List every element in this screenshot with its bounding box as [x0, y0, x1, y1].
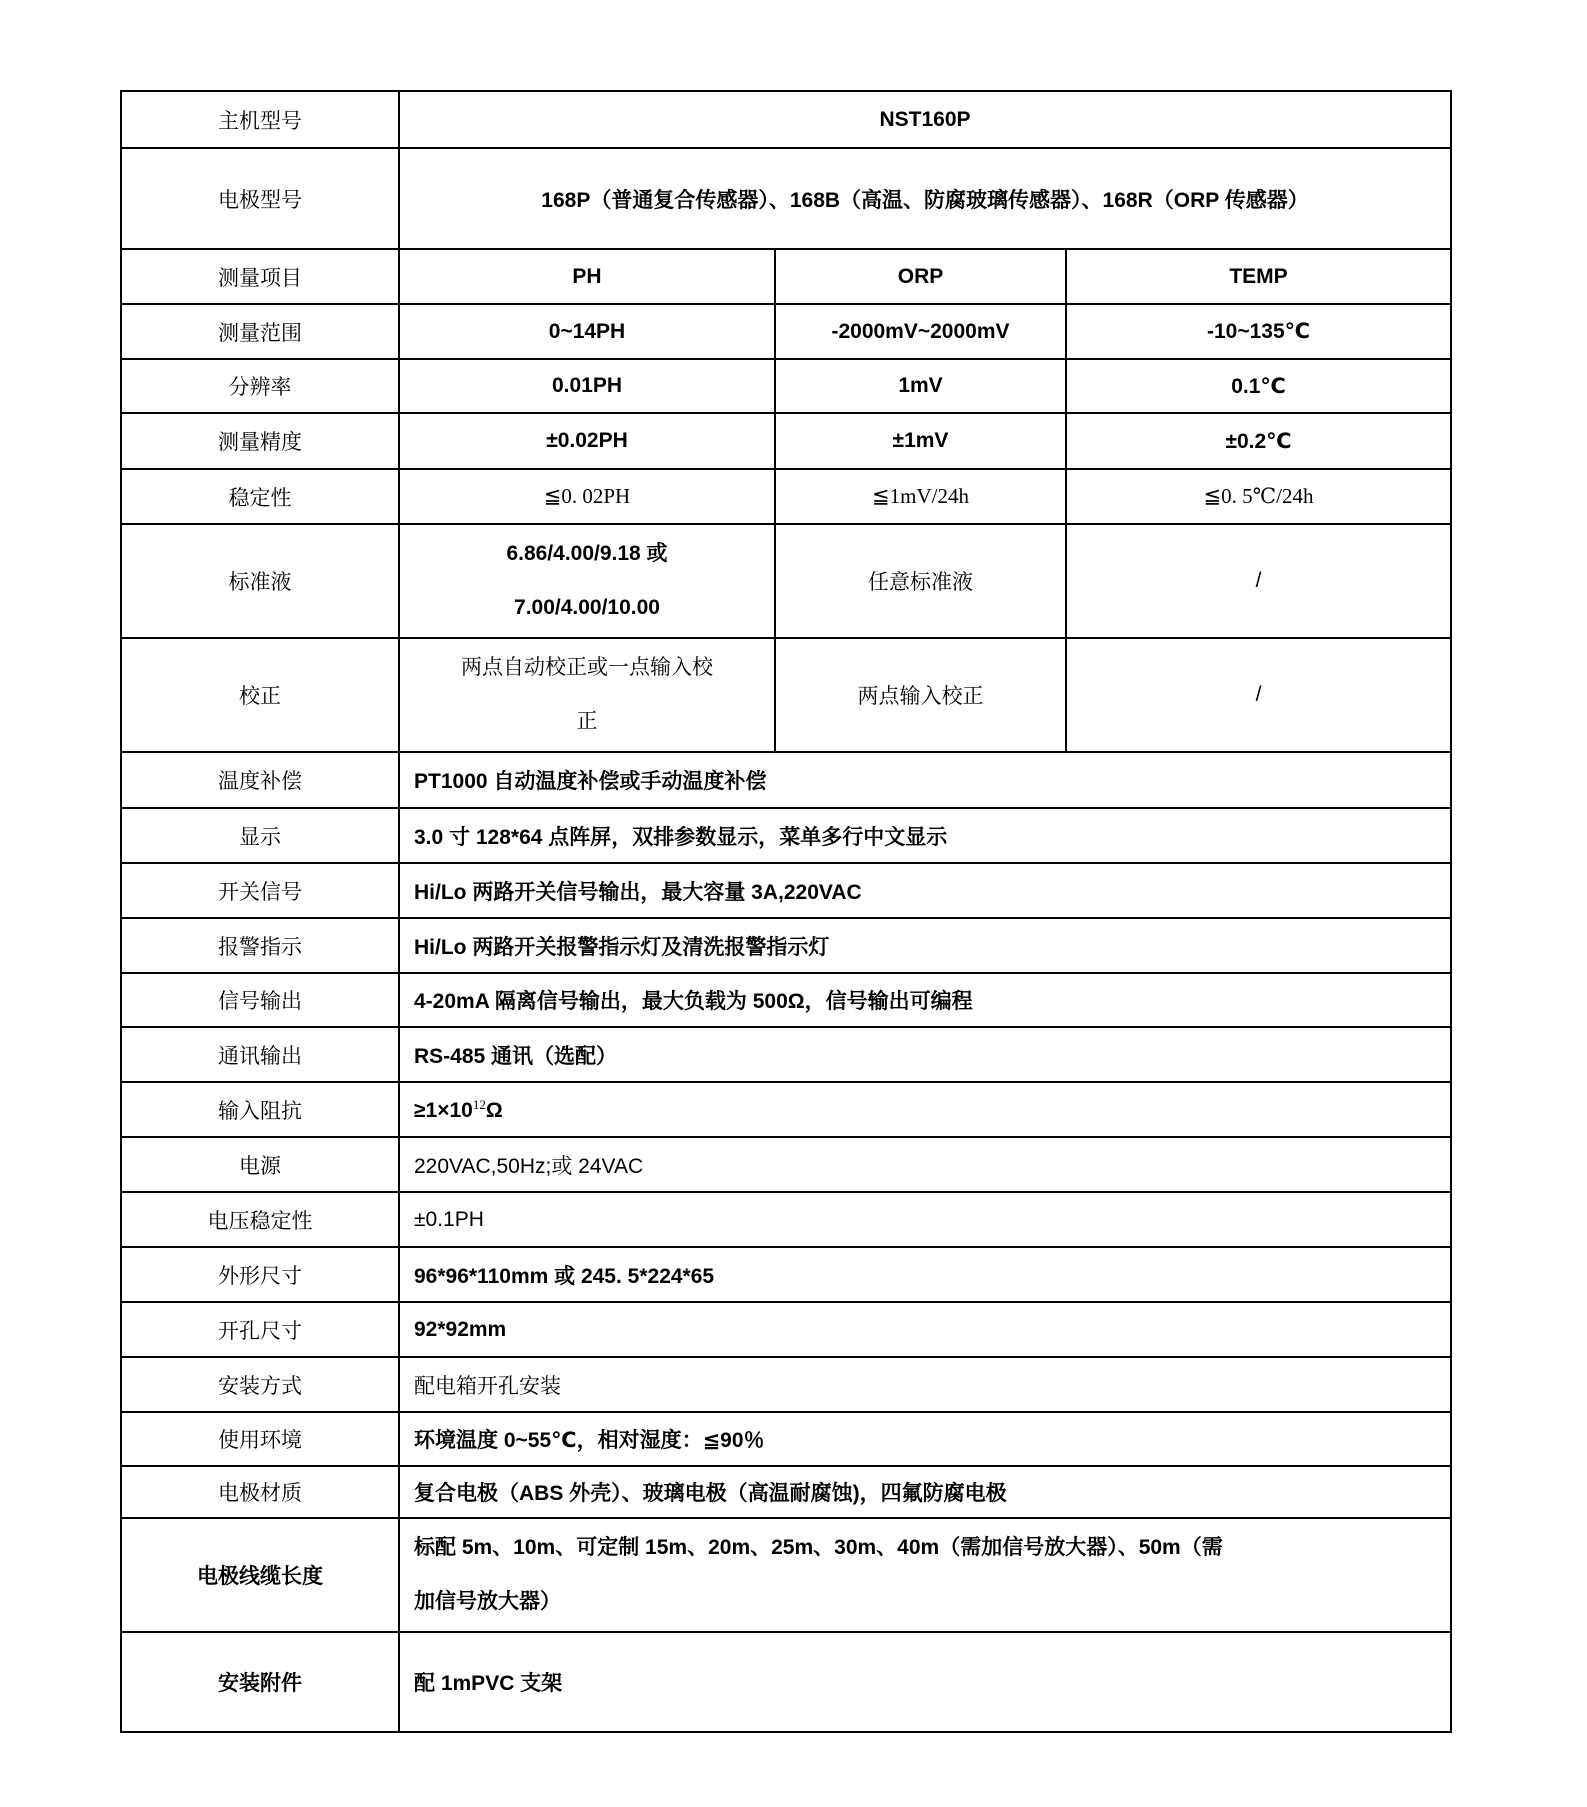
row-dimensions-value: 96*96*110mm 或 245. 5*224*65: [399, 1247, 1451, 1302]
row-electrode-model: 电极型号 168P（普通复合传感器）、168B（高温、防腐玻璃传感器）、168R…: [121, 148, 1451, 249]
calibration-ph: 两点自动校正或一点输入校 正: [399, 638, 775, 752]
measure-item-orp: ORP: [775, 249, 1066, 304]
row-measure-range-label: 测量范围: [121, 304, 399, 359]
measure-item-temp: TEMP: [1066, 249, 1451, 304]
standard-solution-ph: 6.86/4.00/9.18 或 7.00/4.00/10.00: [399, 524, 775, 638]
row-switch-signal-label: 开关信号: [121, 863, 399, 918]
input-impedance-unit: Ω: [486, 1099, 503, 1122]
row-calibration: 校正 两点自动校正或一点输入校 正 两点输入校正 /: [121, 638, 1451, 752]
row-electrode-cable-length: 电极线缆长度 标配 5m、10m、可定制 15m、20m、25m、30m、40m…: [121, 1518, 1451, 1632]
row-communication-output: 通讯输出 RS-485 通讯（选配）: [121, 1027, 1451, 1082]
row-temp-compensation: 温度补偿 PT1000 自动温度补偿或手动温度补偿: [121, 752, 1451, 808]
row-temp-compensation-label: 温度补偿: [121, 752, 399, 808]
row-operating-environment-value: 环境温度 0~55℃，相对湿度：≦90％: [399, 1412, 1451, 1466]
row-display: 显示 3.0 寸 128*64 点阵屏，双排参数显示，菜单多行中文显示: [121, 808, 1451, 863]
measure-range-temp: -10~135℃: [1066, 304, 1451, 359]
row-dimensions: 外形尺寸 96*96*110mm 或 245. 5*224*65: [121, 1247, 1451, 1302]
row-voltage-stability-value: ±0.1PH: [399, 1192, 1451, 1247]
row-switch-signal: 开关信号 Hi/Lo 两路开关信号输出，最大容量 3A,220VAC: [121, 863, 1451, 918]
row-electrode-material: 电极材质 复合电极（ABS 外壳）、玻璃电极（高温耐腐蚀)，四氟防腐电极: [121, 1466, 1451, 1518]
resolution-ph: 0.01PH: [399, 359, 775, 413]
row-alarm-indication-value: Hi/Lo 两路开关报警指示灯及清洗报警指示灯: [399, 918, 1451, 973]
row-display-label: 显示: [121, 808, 399, 863]
row-alarm-indication-label: 报警指示: [121, 918, 399, 973]
accuracy-orp: ±1mV: [775, 413, 1066, 469]
row-temp-compensation-value: PT1000 自动温度补偿或手动温度补偿: [399, 752, 1451, 808]
row-measure-range: 测量范围 0~14PH -2000mV~2000mV -10~135℃: [121, 304, 1451, 359]
row-electrode-material-value: 复合电极（ABS 外壳）、玻璃电极（高温耐腐蚀)，四氟防腐电极: [399, 1466, 1451, 1518]
accuracy-ph: ±0.02PH: [399, 413, 775, 469]
input-impedance-base: ≥1×10: [414, 1099, 473, 1122]
row-electrode-material-label: 电极材质: [121, 1466, 399, 1518]
row-accuracy: 测量精度 ±0.02PH ±1mV ±0.2℃: [121, 413, 1451, 469]
row-accuracy-label: 测量精度: [121, 413, 399, 469]
row-host-model-value: NST160P: [399, 91, 1451, 148]
standard-solution-temp: /: [1066, 524, 1451, 638]
calibration-temp: /: [1066, 638, 1451, 752]
resolution-orp: 1mV: [775, 359, 1066, 413]
row-power-supply: 电源 220VAC,50Hz;或 24VAC: [121, 1137, 1451, 1192]
standard-solution-orp: 任意标准液: [775, 524, 1066, 638]
row-voltage-stability-label: 电压稳定性: [121, 1192, 399, 1247]
accuracy-temp: ±0.2℃: [1066, 413, 1451, 469]
row-operating-environment-label: 使用环境: [121, 1412, 399, 1466]
row-dimensions-label: 外形尺寸: [121, 1247, 399, 1302]
row-alarm-indication: 报警指示 Hi/Lo 两路开关报警指示灯及清洗报警指示灯: [121, 918, 1451, 973]
input-impedance-exponent: 12: [473, 1097, 486, 1112]
row-electrode-cable-length-value: 标配 5m、10m、可定制 15m、20m、25m、30m、40m（需加信号放大…: [399, 1518, 1451, 1632]
row-power-supply-value: 220VAC,50Hz;或 24VAC: [399, 1137, 1451, 1192]
row-installation-method-value: 配电箱开孔安装: [399, 1357, 1451, 1412]
row-host-model-label: 主机型号: [121, 91, 399, 148]
row-voltage-stability: 电压稳定性 ±0.1PH: [121, 1192, 1451, 1247]
row-power-supply-label: 电源: [121, 1137, 399, 1192]
row-resolution: 分辨率 0.01PH 1mV 0.1℃: [121, 359, 1451, 413]
row-electrode-model-label: 电极型号: [121, 148, 399, 249]
stability-orp: ≦1mV/24h: [775, 469, 1066, 524]
row-measure-item: 测量项目 PH ORP TEMP: [121, 249, 1451, 304]
calibration-orp: 两点输入校正: [775, 638, 1066, 752]
row-display-value: 3.0 寸 128*64 点阵屏，双排参数显示，菜单多行中文显示: [399, 808, 1451, 863]
row-host-model: 主机型号 NST160P: [121, 91, 1451, 148]
row-cutout-size-value: 92*92mm: [399, 1302, 1451, 1357]
row-input-impedance: 输入阻抗 ≥1×1012Ω: [121, 1082, 1451, 1137]
row-resolution-label: 分辨率: [121, 359, 399, 413]
row-signal-output-value: 4-20mA 隔离信号输出，最大负载为 500Ω，信号输出可编程: [399, 973, 1451, 1027]
row-cutout-size-label: 开孔尺寸: [121, 1302, 399, 1357]
resolution-temp: 0.1℃: [1066, 359, 1451, 413]
stability-temp: ≦0. 5℃/24h: [1066, 469, 1451, 524]
document-page: 主机型号 NST160P 电极型号 168P（普通复合传感器）、168B（高温、…: [0, 0, 1587, 1807]
row-cutout-size: 开孔尺寸 92*92mm: [121, 1302, 1451, 1357]
row-communication-output-value: RS-485 通讯（选配）: [399, 1027, 1451, 1082]
row-communication-output-label: 通讯输出: [121, 1027, 399, 1082]
row-input-impedance-label: 输入阻抗: [121, 1082, 399, 1137]
row-signal-output-label: 信号输出: [121, 973, 399, 1027]
row-operating-environment: 使用环境 环境温度 0~55℃，相对湿度：≦90％: [121, 1412, 1451, 1466]
measure-item-ph: PH: [399, 249, 775, 304]
row-mounting-accessories-value: 配 1mPVC 支架: [399, 1632, 1451, 1732]
row-switch-signal-value: Hi/Lo 两路开关信号输出，最大容量 3A,220VAC: [399, 863, 1451, 918]
row-electrode-cable-length-label: 电极线缆长度: [121, 1518, 399, 1632]
row-mounting-accessories-label: 安装附件: [121, 1632, 399, 1732]
row-installation-method: 安装方式 配电箱开孔安装: [121, 1357, 1451, 1412]
row-stability-label: 稳定性: [121, 469, 399, 524]
stability-ph: ≦0. 02PH: [399, 469, 775, 524]
row-installation-method-label: 安装方式: [121, 1357, 399, 1412]
row-input-impedance-value: ≥1×1012Ω: [399, 1082, 1451, 1137]
row-standard-solution-label: 标准液: [121, 524, 399, 638]
row-mounting-accessories: 安装附件 配 1mPVC 支架: [121, 1632, 1451, 1732]
row-standard-solution: 标准液 6.86/4.00/9.18 或 7.00/4.00/10.00 任意标…: [121, 524, 1451, 638]
product-spec-table: 主机型号 NST160P 电极型号 168P（普通复合传感器）、168B（高温、…: [120, 90, 1452, 1733]
measure-range-orp: -2000mV~2000mV: [775, 304, 1066, 359]
row-calibration-label: 校正: [121, 638, 399, 752]
row-measure-item-label: 测量项目: [121, 249, 399, 304]
row-signal-output: 信号输出 4-20mA 隔离信号输出，最大负载为 500Ω，信号输出可编程: [121, 973, 1451, 1027]
row-electrode-model-value: 168P（普通复合传感器）、168B（高温、防腐玻璃传感器）、168R（ORP …: [399, 148, 1451, 249]
row-stability: 稳定性 ≦0. 02PH ≦1mV/24h ≦0. 5℃/24h: [121, 469, 1451, 524]
measure-range-ph: 0~14PH: [399, 304, 775, 359]
